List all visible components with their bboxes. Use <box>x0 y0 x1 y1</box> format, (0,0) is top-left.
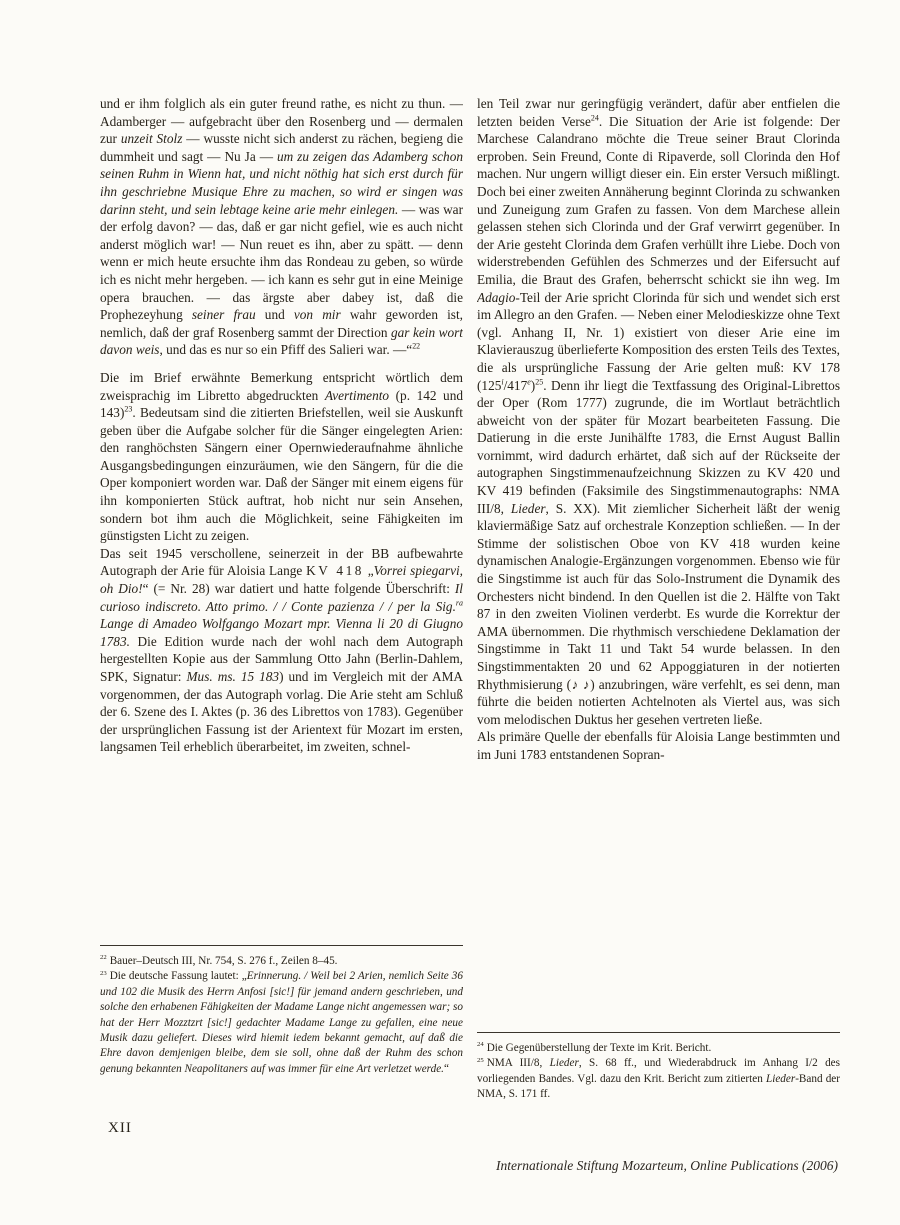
page-number: XII <box>108 1120 132 1137</box>
paragraph: Das seit 1945 verschollene, seinerzeit i… <box>100 545 463 756</box>
paragraph: und er ihm folglich als ein guter freund… <box>100 95 463 359</box>
text-run: — was war der erfolg davon? — das, daß e… <box>100 202 463 323</box>
footnote-marker: 25 <box>477 1057 484 1064</box>
text-run: Mus. ms. 15 183 <box>186 669 279 684</box>
text-run: 24 <box>591 113 599 122</box>
text-run: “ <box>444 1063 449 1075</box>
text-run: “ (= Nr. 28) war datiert und hatte folge… <box>143 581 455 596</box>
text-run: . Denn ihr liegt die Textfassung des Ori… <box>477 378 840 516</box>
text-run: ra <box>456 598 463 607</box>
text-run: Avertimento <box>325 388 389 403</box>
text-run: „ <box>364 563 374 578</box>
text-run: 25 <box>535 377 543 386</box>
left-column: und er ihm folglich als ein guter freund… <box>100 95 463 1103</box>
text-run: seiner frau <box>192 307 256 322</box>
paragraph: Als primäre Quelle der ebenfalls für Alo… <box>477 728 840 763</box>
footnote: 25NMA III/8, Lieder, S. 68 ff., und Wied… <box>477 1056 840 1102</box>
paragraph: Die im Brief erwähnte Bemerkung entspric… <box>100 369 463 545</box>
text-run: /417 <box>504 378 528 393</box>
text-run: 22 <box>412 342 420 351</box>
footnote: 24Die Gegenüberstellung der Texte im Kri… <box>477 1041 840 1056</box>
text-run: Die Gegenüberstellung der Texte im Krit.… <box>487 1042 712 1054</box>
text-run: , S. XX). Mit ziemlicher Sicherheit läßt… <box>477 501 840 727</box>
footnote-marker: 22 <box>100 954 107 961</box>
footnote: 23Die deutsche Fassung lautet: „Erinneru… <box>100 969 463 1077</box>
text-run: . Die Situation der Arie ist folgende: D… <box>477 114 840 287</box>
text-run: KV 418 <box>306 563 364 578</box>
text-columns: und er ihm folglich als ein guter freund… <box>100 95 840 1103</box>
left-footnote-rule <box>100 945 463 946</box>
text-run: Adagio <box>477 290 515 305</box>
footnote-marker: 24 <box>477 1041 484 1048</box>
text-run: NMA III/8, <box>487 1057 550 1069</box>
footer-credit: Internationale Stiftung Mozarteum, Onlin… <box>300 1158 838 1174</box>
text-run: von mir <box>294 307 341 322</box>
right-column: len Teil zwar nur geringfügig verändert,… <box>477 95 840 1103</box>
text-run: Lieder <box>511 501 546 516</box>
text-run: Erinnerung. / Weil bei 2 Arien, nemlich … <box>100 970 463 1074</box>
right-column-text: len Teil zwar nur geringfügig verändert,… <box>477 95 840 1025</box>
text-run: Lieder <box>766 1073 795 1085</box>
document-page: und er ihm folglich als ein guter freund… <box>0 0 900 1225</box>
text-run: , und das es nur so ein Pfiff des Salier… <box>159 342 412 357</box>
left-column-text: und er ihm folglich als ein guter freund… <box>100 95 463 938</box>
text-run: Bauer–Deutsch III, Nr. 754, S. 276 f., Z… <box>110 955 338 967</box>
text-run: Lieder <box>550 1057 579 1069</box>
text-run: und <box>256 307 294 322</box>
paragraph: len Teil zwar nur geringfügig verändert,… <box>477 95 840 728</box>
text-run: Die deutsche Fassung lautet: „ <box>110 970 247 982</box>
footnote: 22Bauer–Deutsch III, Nr. 754, S. 276 f.,… <box>100 954 463 969</box>
right-footnote-rule <box>477 1032 840 1033</box>
text-run: . Bedeutsam sind die zitierten Briefstel… <box>100 405 463 543</box>
right-footnotes: 24Die Gegenüberstellung der Texte im Kri… <box>477 1041 840 1103</box>
text-run: unzeit Stolz <box>121 131 183 146</box>
left-footnotes: 22Bauer–Deutsch III, Nr. 754, S. 276 f.,… <box>100 954 463 1077</box>
text-run: Als primäre Quelle der ebenfalls für Alo… <box>477 729 840 762</box>
footnote-marker: 23 <box>100 970 107 977</box>
